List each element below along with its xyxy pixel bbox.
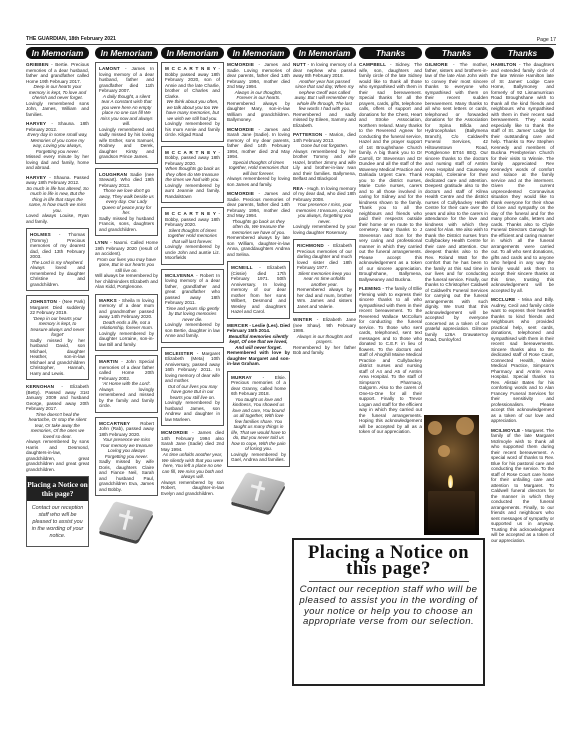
placing-notice-large-body: Contact our reception staff who will be … [294, 585, 483, 628]
notice-mccartney-bobby-2: M C C A R T N E Y - Bobby, passed away 1… [161, 146, 224, 204]
column-2: In Memoriam LAMONT - James In loving mem… [95, 47, 158, 544]
column-4: In Memoriam MCMORDIE - James and Sadie. … [227, 47, 290, 515]
placing-notice-ad-small: Placing a Notice on this page? Contact o… [26, 476, 89, 547]
notice-mcilmoyle: MCILMOYLE - Margaret. The family of the … [491, 428, 554, 544]
notice-marks: MARKS - Sheila In loving memory of a dea… [95, 294, 158, 352]
notice-mcmordie-1: MCMORDIE - James and Sadie. Loving memor… [227, 62, 290, 123]
section-heading: Thanks [359, 47, 422, 59]
notice-mccartney-robert: MCCARTNEY Robert John (Rab), passed away… [95, 417, 158, 497]
section-heading: In Memoriam [95, 47, 158, 59]
section-heading: In Memoriam [26, 47, 89, 59]
publication-date: THE GUARDIAN, 18th February 2021 [26, 36, 116, 42]
column-5: In Memoriam NUTT - In loving memory of a… [293, 47, 356, 360]
notice-murray: MURRAY - Elsie. Precious memories of a d… [227, 371, 290, 467]
section-heading: In Memoriam [227, 47, 290, 59]
notice-mcilvenna: MCILVENNA - Robert In loving memory of a… [161, 269, 224, 343]
column-3: In Memoriam M C C A R T N E Y - Bobby pa… [161, 47, 224, 500]
notice-richmond: RICHMOND - Elizabeth Precious memories o… [293, 239, 356, 313]
notice-mccartney-bobby-3: M C C A R T N E Y - Bobby, passed away 1… [161, 207, 224, 265]
notice-mcmordie-3: MCMORDIE - James and Sadie. Precious mem… [227, 191, 290, 257]
section-heading: Thanks [491, 47, 554, 59]
notice-mcleister: MCLEISTER - Margaret Elizabeth (Meta) 10… [161, 347, 224, 427]
candle-image [424, 415, 479, 535]
column-8: Thanks HAMILTON - The daughters and exte… [491, 47, 554, 547]
notice-winter: WINTER - Elizabeth Jane (nee Shaw). 9th … [293, 317, 356, 356]
notice-campbell: CAMPBELL - Sidney. The wife, son, daught… [359, 62, 422, 282]
notice-mcmordie-2: MCMORDIE - James and Sarah Jane (Sadie).… [227, 127, 290, 188]
bible-icon [98, 502, 156, 544]
column-1: In Memoriam GRIBBEN - Bertie. Precious m… [26, 47, 89, 547]
notice-patterson: PATTERSON - Marion, died 14th February 2… [293, 132, 356, 182]
section-heading: Thanks [425, 47, 488, 59]
notice-mercer: MERCER - Leslie (Les). Died February 15t… [227, 323, 290, 367]
notice-fleming: FLEMING - The family of Ellie Fleming wi… [359, 286, 422, 435]
section-heading: In Memoriam [161, 47, 224, 59]
placing-notice-body: Contact our reception staff who will be … [27, 501, 88, 546]
notice-rea: REA - Hugh. In loving memory of my dear … [293, 186, 356, 236]
notice-gilmore: GILMORE - The mother, father, sisters an… [425, 62, 488, 343]
divider [309, 581, 469, 582]
section-heading: In Memoriam [293, 47, 356, 59]
notice-harvey: HARVEY - Shauna. 18th February 2012.Ever… [26, 121, 89, 171]
notice-martin: MARTIN - John Special memories of a dear… [95, 355, 158, 413]
page-number: Page 17 [537, 37, 556, 43]
notice-mcclure: MCCLURE - Mina and Billy. Audrey, Cecil … [491, 297, 554, 424]
notice-gribben: GRIBBEN - Bertie. Precious memories of a… [26, 62, 89, 117]
page-header: THE GUARDIAN, 18th February 2021 Page 17 [26, 36, 556, 45]
notice-lamont: LAMONT - James In loving memory of a dea… [95, 62, 158, 164]
notice-lynn: LYNN - Naomi. Called Home 19th February … [95, 240, 158, 290]
bible-icon [230, 473, 288, 515]
column-7: Thanks GILMORE - The mother, father, sis… [425, 47, 488, 347]
notice-harvey-2: HARVEY - Shauna. Passed away 18th Februa… [26, 175, 89, 225]
notice-mcneill: MCNEILL - Elizabeth (Cissie) died 17th F… [227, 261, 290, 319]
placing-notice-title: Placing a Notice on this page? [27, 477, 88, 501]
notice-johnston: JOHNSTON - (Nee Park) Margaret Died sudd… [26, 295, 89, 380]
placing-notice-large-title: Placing a Notice on this page? [294, 540, 483, 577]
candle-flame-icon [448, 475, 453, 488]
placing-notice-ad-large: Placing a Notice on this page? Contact o… [292, 538, 485, 686]
notice-kernohan: KERNOHAN - Elizabeth (Betty). Passed awa… [26, 384, 89, 472]
notice-mcmordie-4: MCMORDIE - James died 14th February 1994… [161, 430, 224, 496]
notice-holmes: HOLMES - Thomas (Tommy) Precious memorie… [26, 228, 89, 291]
notice-mccartney-bobby-1: M C C A R T N E Y - Bobby passed away 18… [161, 62, 224, 142]
notice-nutt: NUTT - In loving memory of a dear nephew… [293, 62, 356, 128]
column-6: Thanks CAMPBELL - Sidney. The wife, son,… [359, 47, 422, 439]
notice-loughran: LOUGHRAN Sadie (nee Stewart). Who died 1… [95, 168, 158, 237]
notice-hamilton: HAMILTON - The daughters and extended fa… [491, 62, 554, 293]
